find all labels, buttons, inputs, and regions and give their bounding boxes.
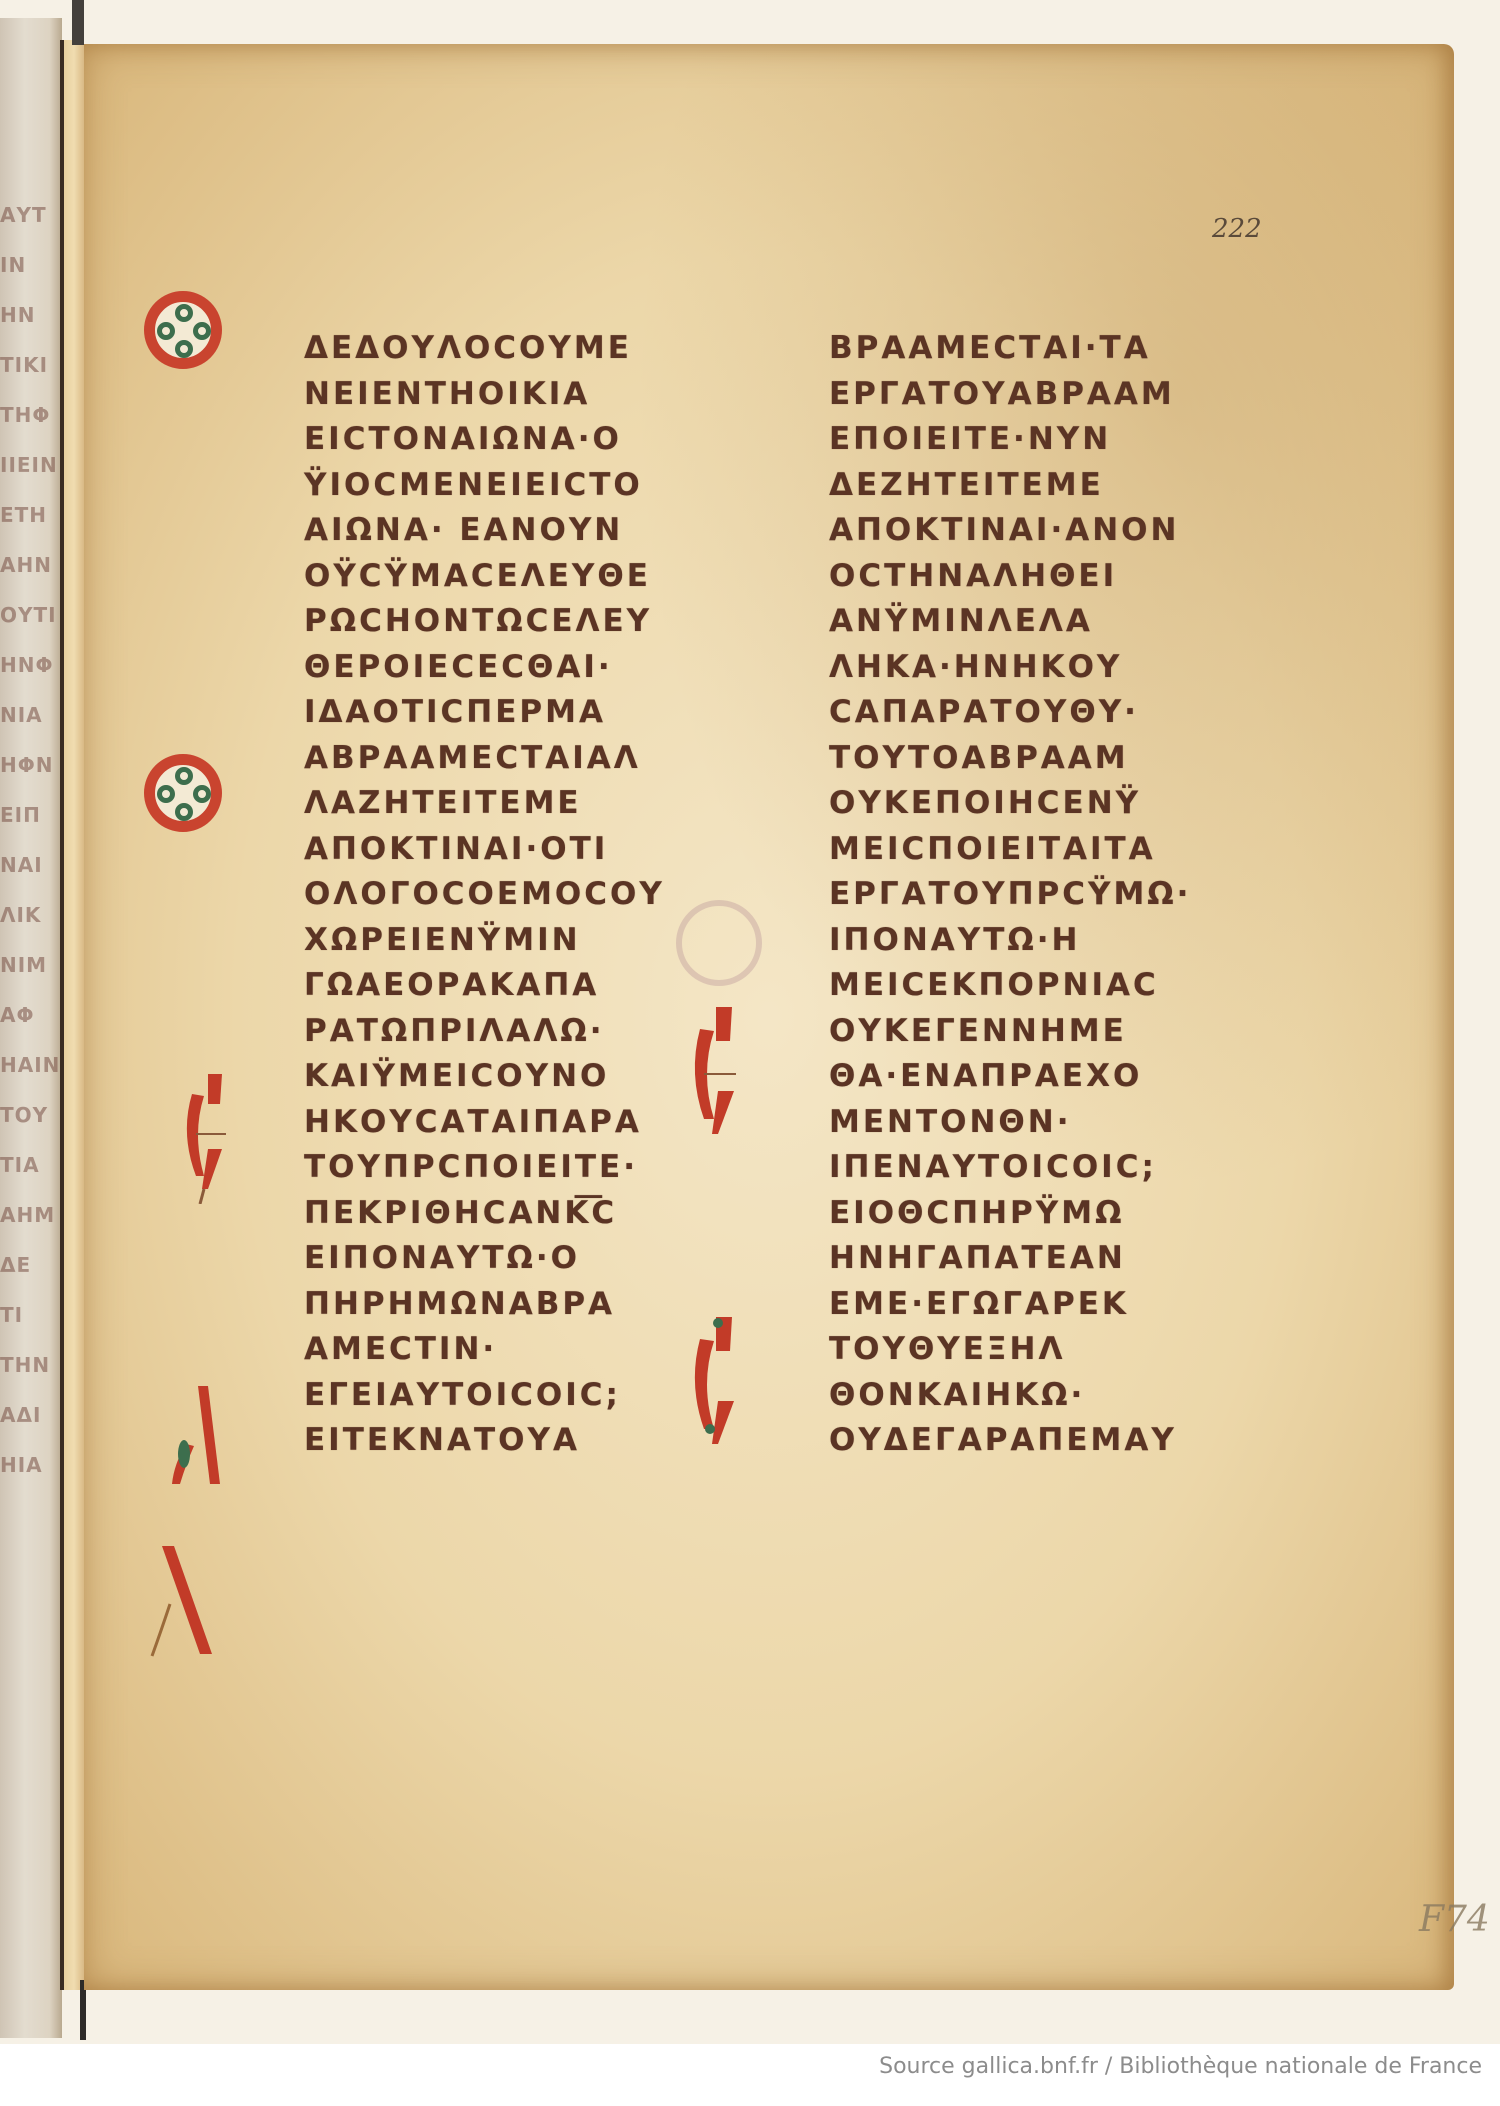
binding-strip <box>64 40 84 1990</box>
initial-epsilon-icon <box>686 1309 742 1459</box>
facing-page-line: ΤΙ <box>0 1303 60 1325</box>
manuscript-line: ΟΥΚΕΠΟΙΗϹΕΝΫ <box>829 781 1349 827</box>
facing-page-line: ΛΙΚ <box>0 903 60 925</box>
manuscript-line: ΙΠΕΝΑΥΤΟΙϹΟΙϹ; <box>829 1145 1349 1191</box>
manuscript-line: ΓΩΑΕΟΡΑΚΑΠΑ <box>304 963 824 1009</box>
manuscript-line: ΜΕΙϹΕΚΠΟΡΝΙΑϹ <box>829 963 1349 1009</box>
facing-page-line: ΟΥΤΙ <box>0 603 60 625</box>
facing-page-line: ΤΙΚΙ <box>0 353 60 375</box>
manuscript-line: ΔΕΔΟΥΛΟϹΟΥΜΕ <box>304 326 824 372</box>
facing-page-line: ΕΙΠ <box>0 803 60 825</box>
manuscript-line: ΚΑΙΫΜΕΙϹΟΥΝΟ <box>304 1054 824 1100</box>
facing-page-line: ΗΦΝ <box>0 753 60 775</box>
manuscript-line: ΤΟΥΤΟΑΒΡΑΑΜ <box>829 736 1349 782</box>
shelf-mark: F74 <box>1419 1899 1490 1940</box>
facing-page-line: ΤΟΥ <box>0 1103 60 1125</box>
manuscript-line: ΘΑ·ΕΝΑΠΡΑΕΧΟ <box>829 1054 1349 1100</box>
manuscript-line: ΙΠΟΝΑΥΤΩ·Η <box>829 918 1349 964</box>
footer-bar: Source gallica.bnf.fr / Bibliothèque nat… <box>0 2044 1500 2106</box>
facing-page-line: ΤΙΑ <box>0 1153 60 1175</box>
manuscript-line: ΙΔΑΟΤΙϹΠΕΡΜΑ <box>304 690 824 736</box>
manuscript-line: ΗΝΗΓΑΠΑΤΕΑΝ <box>829 1236 1349 1282</box>
manuscript-line: ΫΙΟϹΜΕΝΕΙΕΙϹΤΟ <box>304 463 824 509</box>
manuscript-line: ΟΥΚΕΓΕΝΝΗΜΕ <box>829 1009 1349 1055</box>
source-credit: Source gallica.bnf.fr / Bibliothèque nat… <box>879 2054 1482 2079</box>
manuscript-line: ΜΕΙϹΠΟΙΕΙΤΑΙΤΑ <box>829 827 1349 873</box>
manuscript-line: ΘΟΝΚΑΙΗΚΩ· <box>829 1373 1349 1419</box>
manuscript-line: ΒΡΑΑΜΕϹΤΑΙ·ΤΑ <box>829 326 1349 372</box>
manuscript-line: ΔΕΖΗΤΕΙΤΕΜΕ <box>829 463 1349 509</box>
manuscript-folio: 222 F74 ΔΕΔΟΥΛΟϹΟΥΜΕΝΕΙΕΝΤΗΟΙΚΙΑΕΙϹΤΟΝΑΙ… <box>84 44 1454 1990</box>
facing-page-line: ΤΗΦ <box>0 403 60 425</box>
manuscript-line: ΕΙΤΕΚΝΑΤΟΥΑ <box>304 1418 824 1464</box>
facing-page-line: ΔΕ <box>0 1253 60 1275</box>
manuscript-line: ΝΕΙΕΝΤΗΟΙΚΙΑ <box>304 372 824 418</box>
initial-lambda-icon <box>150 1544 220 1664</box>
facing-page-line: ΑΔΙ <box>0 1403 60 1425</box>
facing-page-line: ΑΗΜ <box>0 1203 60 1225</box>
facing-page-line: ΝΙΑ <box>0 703 60 725</box>
manuscript-line: ΠΕΚΡΙΘΗϹΑΝΚ͞Ϲ <box>304 1191 824 1237</box>
facing-page-line: ΑΦ <box>0 1003 60 1025</box>
facing-page-line: ΤΗΝ <box>0 1353 60 1375</box>
facing-page-line: ΗΝ <box>0 303 60 325</box>
initial-epsilon-icon <box>178 1064 230 1204</box>
manuscript-line: ΑΙΩΝΑ· ΕΑΝΟΥΝ <box>304 508 824 554</box>
manuscript-line: ΤΟΥΠΡϹΠΟΙΕΙΤΕ· <box>304 1145 824 1191</box>
manuscript-line: ΑΒΡΑΑΜΕϹΤΑΙΑΛ <box>304 736 824 782</box>
facing-page-line: ΗΝΦ <box>0 653 60 675</box>
manuscript-line: ΑΠΟΚΤΙΝΑΙ·ΟΤΙ <box>304 827 824 873</box>
manuscript-line: ΡΑΤΩΠΡΙΛΑΛΩ· <box>304 1009 824 1055</box>
text-column-left: ΔΕΔΟΥΛΟϹΟΥΜΕΝΕΙΕΝΤΗΟΙΚΙΑΕΙϹΤΟΝΑΙΩΝΑ·ΟΫΙΟ… <box>304 326 824 1464</box>
manuscript-line: ΛΗΚΑ·ΗΝΗΚΟΥ <box>829 645 1349 691</box>
facing-page-line: ΗΑΙΝ <box>0 1053 60 1075</box>
facing-page-line: ΕΤΗ <box>0 503 60 525</box>
manuscript-line: ΑΝΫΜΙΝΛΕΛΑ <box>829 599 1349 645</box>
initial-alpha-icon <box>164 1384 224 1494</box>
manuscript-line: ΕΠΟΙΕΙΤΕ·ΝΥΝ <box>829 417 1349 463</box>
facing-page-line: ΙΝ <box>0 253 60 275</box>
manuscript-line: ΧΩΡΕΙΕΝΫΜΙΝ <box>304 918 824 964</box>
facing-page-line: ΑΥΤ <box>0 203 60 225</box>
facing-page-line: ΝΑΙ <box>0 853 60 875</box>
facing-page-line: ΝΙΜ <box>0 953 60 975</box>
manuscript-line: ΕΙΠΟΝΑΥΤΩ·Ο <box>304 1236 824 1282</box>
manuscript-line: ΕΡΓΑΤΟΥΑΒΡΑΑΜ <box>829 372 1349 418</box>
manuscript-line: ΜΕΝΤΟΝΘΝ· <box>829 1100 1349 1146</box>
manuscript-line: ΤΟΥΘΥΕΞΗΛ <box>829 1327 1349 1373</box>
manuscript-line: ϹΑΠΑΡΑΤΟΥΘΥ· <box>829 690 1349 736</box>
facing-page-line: ΑΗΝ <box>0 553 60 575</box>
manuscript-line: ΟΥΔΕΓΑΡΑΠΕΜΑΥ <box>829 1418 1349 1464</box>
manuscript-line: ΕΡΓΑΤΟΥΠΡϹΫΜΩ· <box>829 872 1349 918</box>
initial-omicron-icon <box>144 754 222 832</box>
bookmark-ribbon-top <box>72 0 84 45</box>
manuscript-line: ΟΛΟΓΟϹΟΕΜΟϹΟΥ <box>304 872 824 918</box>
manuscript-line: ΟϹΤΗΝΑΛΗΘΕΙ <box>829 554 1349 600</box>
initial-omicron-icon <box>144 291 222 369</box>
manuscript-line: ΕΓΕΙΑΥΤΟΙϹΟΙϹ; <box>304 1373 824 1419</box>
manuscript-line: ΠΗΡΗΜΩΝΑΒΡΑ <box>304 1282 824 1328</box>
facing-page-line: ΙΙΕΙΝ <box>0 453 60 475</box>
manuscript-line: ΟΫϹΫΜΑϹΕΛΕΥΘΕ <box>304 554 824 600</box>
manuscript-line: ΛΑΖΗΤΕΙΤΕΜΕ <box>304 781 824 827</box>
folio-number: 222 <box>1212 214 1262 244</box>
manuscript-line: ΕΙΟΘϹΠΗΡΫΜΩ <box>829 1191 1349 1237</box>
manuscript-line: ΡΩϹΗΟΝΤΩϹΕΛΕΥ <box>304 599 824 645</box>
facing-page: ΑΥΤΙΝΗΝΤΙΚΙΤΗΦΙΙΕΙΝΕΤΗΑΗΝΟΥΤΙΗΝΦΝΙΑΗΦΝΕΙ… <box>0 18 62 2038</box>
text-column-right: ΒΡΑΑΜΕϹΤΑΙ·ΤΑΕΡΓΑΤΟΥΑΒΡΑΑΜΕΠΟΙΕΙΤΕ·ΝΥΝΔΕ… <box>829 326 1349 1464</box>
manuscript-line: ΕΜΕ·ΕΓΩΓΑΡΕΚ <box>829 1282 1349 1328</box>
manuscript-line: ΕΙϹΤΟΝΑΙΩΝΑ·Ο <box>304 417 824 463</box>
manuscript-line: ΘΕΡΟΙΕϹΕϹΘΑΙ· <box>304 645 824 691</box>
manuscript-line: ΑΠΟΚΤΙΝΑΙ·ΑΝΟΝ <box>829 508 1349 554</box>
initial-epsilon-icon <box>686 999 742 1149</box>
manuscript-line: ΑΜΕϹΤΙΝ· <box>304 1327 824 1373</box>
manuscript-line: ΗΚΟΥϹΑΤΑΙΠΑΡΑ <box>304 1100 824 1146</box>
facing-page-line: ΗΙΑ <box>0 1453 60 1475</box>
